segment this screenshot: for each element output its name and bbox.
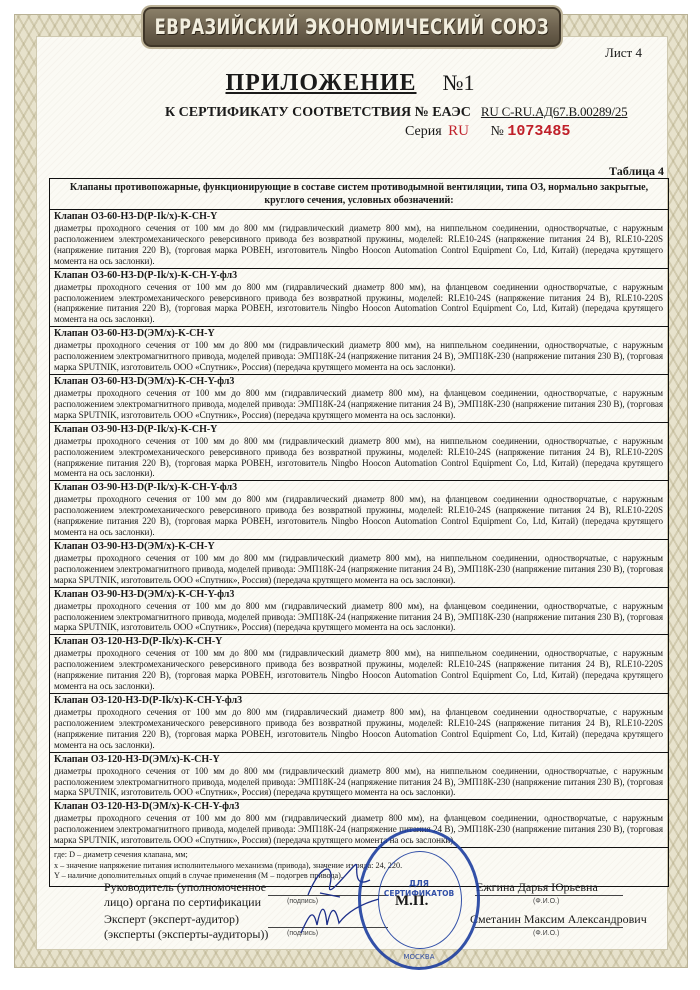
table-row: Клапан ОЗ-120-НЗ-D(ЭМ/x)-K-CH-Yдиаметры … — [50, 753, 668, 801]
valve-description: диаметры проходного сечения от 100 мм до… — [54, 707, 663, 751]
valve-description: диаметры проходного сечения от 100 мм до… — [54, 813, 663, 846]
valve-description: диаметры проходного сечения от 100 мм до… — [54, 648, 663, 692]
appendix-title: ПРИЛОЖЕНИЕ№1 — [0, 70, 700, 97]
certificate-line: К СЕРТИФИКАТУ СООТВЕТСТВИЯ № ЕАЭСRU C-RU… — [165, 104, 627, 121]
valve-name: Клапан ОЗ-60-НЗ-D(P-Ik/x)-K-CH-Y — [54, 211, 663, 223]
expert-label-line-1: Эксперт (эксперт-аудитор) — [104, 912, 268, 927]
valve-description: диаметры проходного сечения от 100 мм до… — [54, 494, 663, 538]
expert-name-caption: (Ф.И.О.) — [533, 930, 559, 937]
certificate-number: RU C-RU.АД67.В.00289/25 — [481, 104, 628, 119]
head-label-line-2: лицо) органа по сертификации — [104, 895, 266, 910]
valve-name: Клапан ОЗ-90-НЗ-D(P-Ik/x)-K-CH-Y — [54, 424, 663, 436]
table-row: Клапан ОЗ-90-НЗ-D(ЭМ/x)-K-CH-Yдиаметры п… — [50, 540, 668, 588]
valve-description: диаметры проходного сечения от 100 мм до… — [54, 436, 663, 480]
table-row: Клапан ОЗ-60-НЗ-D(P-Ik/x)-K-CH-Yдиаметры… — [50, 210, 668, 269]
appendix-number: №1 — [443, 70, 475, 95]
head-name: Ежгина Дарья Юрьевна — [476, 880, 598, 895]
table-row: Клапан ОЗ-120-НЗ-D(P-Ik/x)-K-CH-Y-фл3диа… — [50, 694, 668, 753]
sheet-number: Лист 4 — [605, 45, 642, 61]
valve-name: Клапан ОЗ-120-НЗ-D(ЭМ/x)-K-CH-Y-фл3 — [54, 801, 663, 813]
union-banner-text: ЕВРАЗИЙСКИЙ ЭКОНОМИЧЕСКИЙ СОЮЗ — [155, 15, 549, 39]
valve-description: диаметры проходного сечения от 100 мм до… — [54, 601, 663, 634]
valve-name: Клапан ОЗ-90-НЗ-D(ЭМ/x)-K-CH-Y-фл3 — [54, 589, 663, 601]
table-row: Клапан ОЗ-90-НЗ-D(ЭМ/x)-K-CH-Y-фл3диамет… — [50, 588, 668, 636]
valves-table: Клапаны противопожарные, функционирующие… — [49, 178, 669, 887]
seal-label: М.П. — [395, 893, 428, 910]
series-value: RU — [448, 123, 469, 139]
valve-description: диаметры проходного сечения от 100 мм до… — [54, 223, 663, 267]
stamp-top-text: ДЛЯ — [361, 879, 477, 888]
expert-name-line — [475, 927, 623, 928]
table-row: Клапан ОЗ-60-НЗ-D(P-Ik/x)-K-CH-Y-фл3диам… — [50, 269, 668, 328]
appendix-title-text: ПРИЛОЖЕНИЕ — [225, 70, 416, 96]
valve-name: Клапан ОЗ-60-НЗ-D(P-Ik/x)-K-CH-Y-фл3 — [54, 270, 663, 282]
serial-prefix: № — [491, 124, 504, 139]
table-row: Клапан ОЗ-120-НЗ-D(P-Ik/x)-K-CH-Yдиаметр… — [50, 635, 668, 694]
expert-name: Сметанин Максим Александрович — [470, 912, 647, 927]
table-rows: Клапан ОЗ-60-НЗ-D(P-Ik/x)-K-CH-Yдиаметры… — [50, 210, 668, 848]
valve-description: диаметры проходного сечения от 100 мм до… — [54, 388, 663, 421]
valve-description: диаметры проходного сечения от 100 мм до… — [54, 553, 663, 586]
union-banner: ЕВРАЗИЙСКИЙ ЭКОНОМИЧЕСКИЙ СОЮЗ — [143, 7, 561, 47]
certificate-label: К СЕРТИФИКАТУ СООТВЕТСТВИЯ № ЕАЭС — [165, 105, 471, 120]
series-label: Серия — [405, 124, 442, 139]
head-label: Руководитель (уполномоченное лицо) орган… — [104, 880, 266, 910]
table-row: Клапан ОЗ-90-НЗ-D(P-Ik/x)-K-CH-Yдиаметры… — [50, 423, 668, 482]
table-heading: Клапаны противопожарные, функционирующие… — [50, 179, 668, 210]
valve-description: диаметры проходного сечения от 100 мм до… — [54, 766, 663, 799]
valve-name: Клапан ОЗ-120-НЗ-D(P-Ik/x)-K-CH-Y — [54, 636, 663, 648]
head-name-caption: (Ф.И.О.) — [533, 898, 559, 905]
table-row: Клапан ОЗ-60-НЗ-D(ЭМ/x)-K-CH-Yдиаметры п… — [50, 327, 668, 375]
expert-label: Эксперт (эксперт-аудитор) (эксперты (экс… — [104, 912, 268, 942]
valve-name: Клапан ОЗ-90-НЗ-D(ЭМ/x)-K-CH-Y — [54, 541, 663, 553]
valve-name: Клапан ОЗ-60-НЗ-D(ЭМ/x)-K-CH-Y-фл3 — [54, 376, 663, 388]
serial-number: 1073485 — [507, 123, 570, 140]
table-row: Клапан ОЗ-90-НЗ-D(P-Ik/x)-K-CH-Y-фл3диам… — [50, 481, 668, 540]
head-label-line-1: Руководитель (уполномоченное — [104, 880, 266, 895]
valve-name: Клапан ОЗ-120-НЗ-D(ЭМ/x)-K-CH-Y — [54, 754, 663, 766]
valve-name: Клапан ОЗ-60-НЗ-D(ЭМ/x)-K-CH-Y — [54, 328, 663, 340]
table-label: Таблица 4 — [609, 164, 664, 179]
valve-description: диаметры проходного сечения от 100 мм до… — [54, 340, 663, 373]
series-line: Серия RU № 1073485 — [405, 123, 570, 140]
valve-name: Клапан ОЗ-90-НЗ-D(P-Ik/x)-K-CH-Y-фл3 — [54, 482, 663, 494]
table-row: Клапан ОЗ-120-НЗ-D(ЭМ/x)-K-CH-Y-фл3диаме… — [50, 800, 668, 848]
stamp-city: МОСКВА — [361, 953, 477, 961]
valve-description: диаметры проходного сечения от 100 мм до… — [54, 282, 663, 326]
head-name-line — [475, 895, 623, 896]
valve-name: Клапан ОЗ-120-НЗ-D(P-Ik/x)-K-CH-Y-фл3 — [54, 695, 663, 707]
table-row: Клапан ОЗ-60-НЗ-D(ЭМ/x)-K-CH-Y-фл3диамет… — [50, 375, 668, 423]
expert-label-line-2: (эксперты (эксперты-аудиторы)) — [104, 927, 268, 942]
